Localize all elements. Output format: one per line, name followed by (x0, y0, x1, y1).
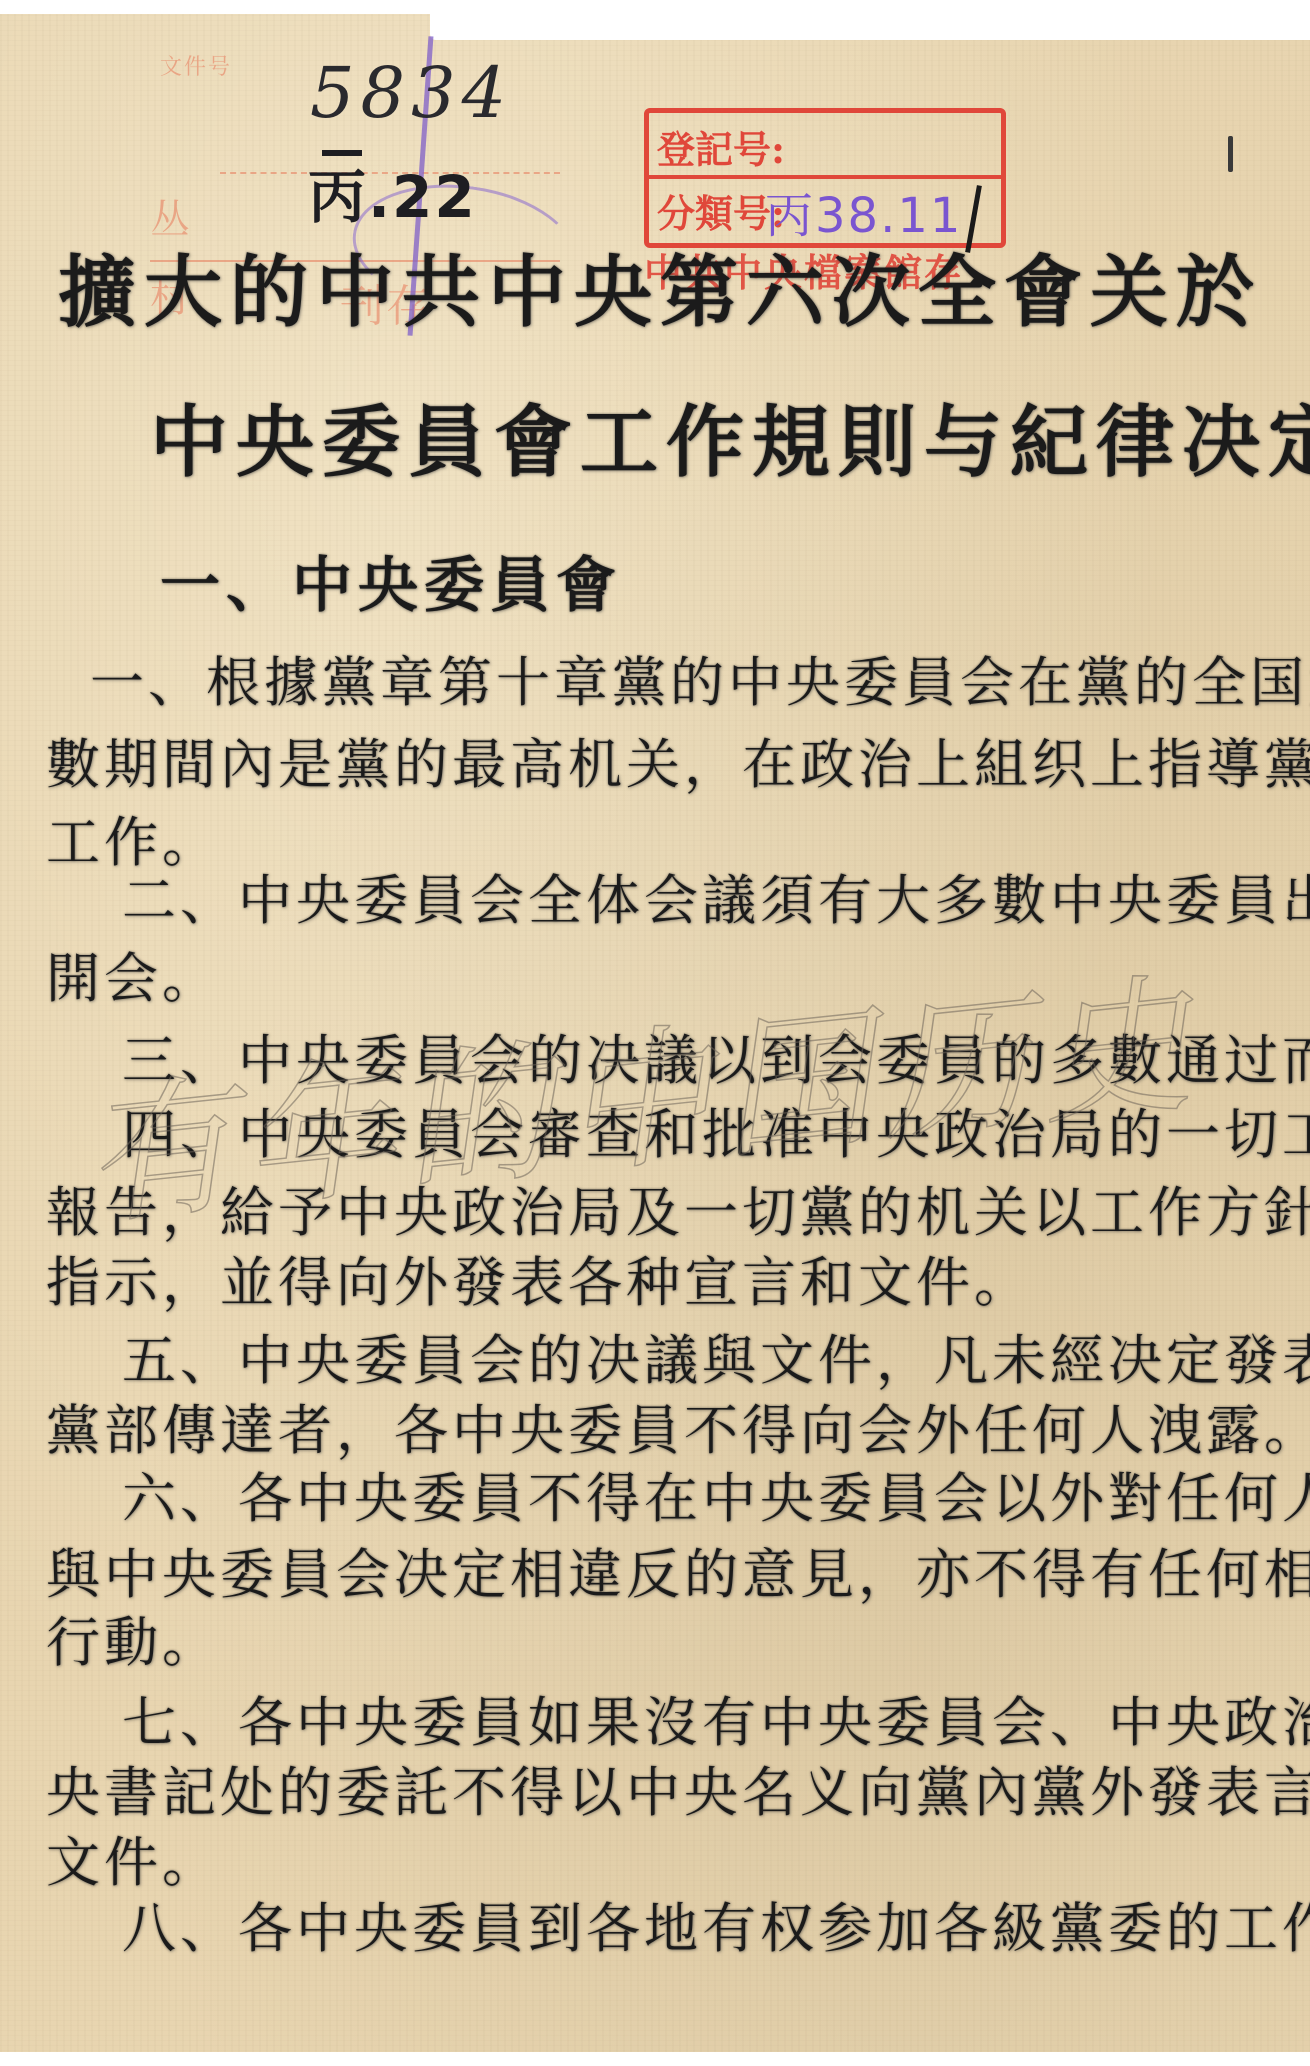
paragraph-line: 七、各中央委員如果沒有中央委員会、中央政治局及中 (122, 1680, 1310, 1757)
paragraph-line: 與中央委員会决定相違反的意見，亦不得有任何相違反的 (46, 1532, 1310, 1609)
paragraph-line: 八、各中央委員到各地有权参加各級黨委的工作及会議， (122, 1886, 1310, 1963)
paragraph-line: 央書記处的委託不得以中央名义向黨內黨外發表言論與 (46, 1750, 1310, 1827)
stamp-left-label-top: 文件号 (160, 50, 232, 81)
paragraph-line: 五、中央委員会的决議與文件，凡未經决定發表或向下級 (122, 1318, 1310, 1395)
paragraph-line: 一、根據黨章第十章黨的中央委員会在黨的全国大会前 (90, 640, 1310, 717)
archive-registration-stamp: 登記号: 分類号: 丙38.11 (644, 108, 1006, 248)
document-title-line-2: 中央委員會工作規則与紀律决定 (150, 380, 1310, 492)
handwritten-class-code: 丙.22 (308, 150, 477, 234)
document-title-line-1: 擴大的中共中央第六次全會关於 (58, 230, 1262, 342)
scan-margin-top (430, 0, 1310, 40)
paragraph-line: 行動。 (46, 1600, 220, 1677)
page-number: 1 (1228, 136, 1233, 172)
paragraph-line: 指示，並得向外發表各种宣言和文件。 (46, 1240, 1032, 1317)
paragraph-line: 數期間內是黨的最高机关，在政治上組织上指導黨的一切 (46, 722, 1310, 799)
registration-number-label: 登記号: (657, 119, 785, 174)
handwritten-file-number: 5834 (310, 52, 512, 134)
section-heading: 一、中央委員會 (160, 538, 622, 624)
paragraph-line: 六、各中央委員不得在中央委員会以外對任何人發表 (122, 1456, 1310, 1533)
paragraph-line: 開会。 (46, 936, 220, 1013)
scan-margin-bottom (0, 2052, 1310, 2066)
paragraph-line: 黨部傳達者，各中央委員不得向会外任何人洩露。 (46, 1388, 1310, 1465)
paragraph-line: 二、中央委員会全体会議須有大多數中央委員出席方得 (122, 858, 1310, 935)
